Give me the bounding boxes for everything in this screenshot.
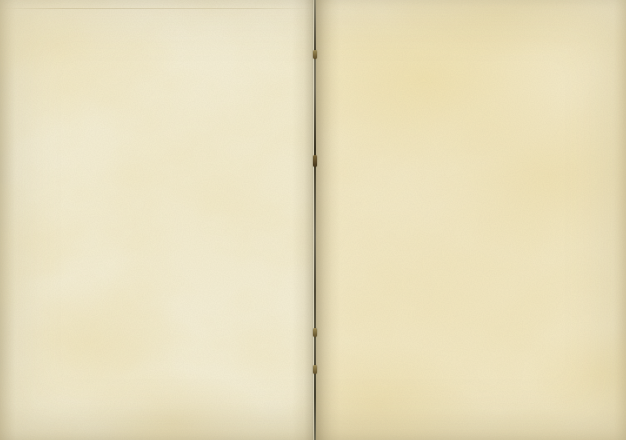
left-page [0,0,316,440]
right-page [316,0,626,440]
open-book-photo [0,0,626,440]
page-crease [0,8,316,9]
